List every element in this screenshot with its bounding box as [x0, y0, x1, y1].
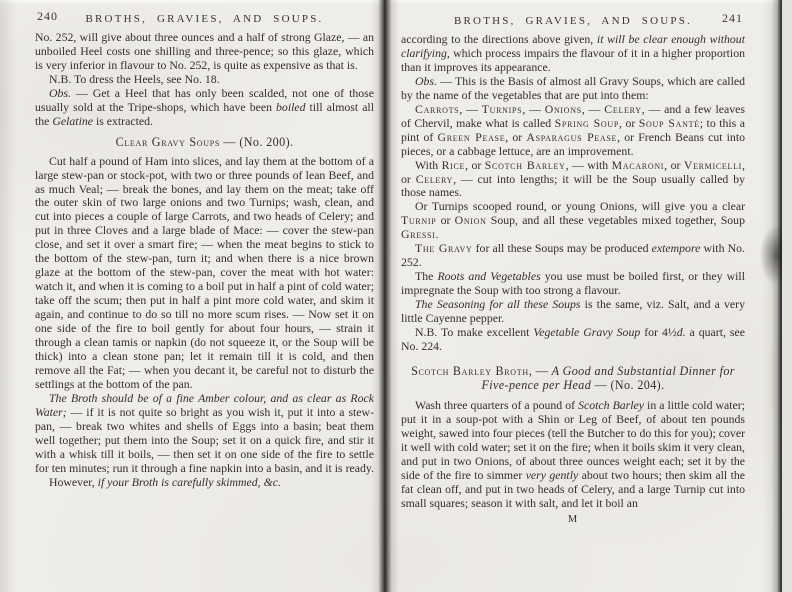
paragraph: The Broth should be of a fine Amber colo…	[35, 392, 374, 476]
text-run: , or	[619, 116, 639, 130]
text-run: — (No. 204).	[591, 378, 664, 392]
text-run: , — with	[566, 158, 612, 172]
small-caps-text: Rice	[442, 158, 466, 172]
small-caps-text: Onion	[455, 213, 487, 227]
scanner-background-strip	[782, 0, 792, 592]
paragraph: Obs. — Get a Heel that has only been sca…	[35, 87, 374, 129]
right-page-number: 241	[722, 11, 743, 26]
text-run: , —	[459, 102, 481, 116]
text-run: which process impairs the flavour of it …	[401, 46, 745, 74]
small-caps-text: Soup Santé	[639, 116, 700, 130]
italic-text: very gently	[526, 468, 579, 482]
italic-text: Gelatine	[52, 114, 93, 128]
signature-mark: M	[401, 513, 745, 527]
text-run: — if it is not quite so bright as you wi…	[35, 405, 374, 475]
left-page-column: No. 252, will give about three ounces an…	[35, 31, 374, 490]
text-run: is extracted.	[93, 114, 153, 128]
small-caps-text: Turnips	[482, 102, 523, 116]
right-running-title: BROTHS, GRAVIES, AND SOUPS.	[454, 15, 692, 27]
small-caps-text: Macaroni	[612, 158, 665, 172]
paragraph: Wash three quarters of a pound of Scotch…	[401, 399, 745, 511]
text-run: , — cut into lengths; it will be the Sou…	[401, 172, 745, 200]
italic-text: Roots and Vegetables	[437, 269, 540, 283]
right-page-column: according to the directions above given,…	[401, 33, 745, 527]
text-run: — (No. 200).	[220, 135, 293, 149]
small-caps-text: Asparagus Pease	[526, 130, 617, 144]
section-heading: Scotch Barley Broth, — A Good and Substa…	[401, 365, 745, 393]
text-run: However,	[49, 475, 98, 489]
text-run: Wash three quarters of a pound of	[415, 398, 578, 412]
text-run: The	[415, 269, 437, 283]
small-caps-text: Scotch Barley	[485, 158, 566, 172]
text-run: .	[436, 227, 439, 241]
small-caps-text: Vermicelli	[684, 158, 742, 172]
italic-text: if your Broth is carefully skimmed, &c.	[98, 475, 281, 489]
paragraph: Or Turnips scooped round, or young Onion…	[401, 200, 745, 242]
text-run: , or	[664, 158, 684, 172]
right-page-text: according to the directions above given,…	[401, 33, 745, 510]
italic-text: Obs.	[49, 86, 71, 100]
paragraph: The Seasoning for all these Soups is the…	[401, 298, 745, 326]
small-caps-text: Onions	[545, 102, 582, 116]
text-run: With	[415, 158, 442, 172]
text-run: Soup, and all these vegetables mixed tog…	[487, 213, 745, 227]
small-caps-text: Celery	[416, 172, 453, 186]
text-run: for all these Soups may be produced	[472, 241, 651, 255]
italic-text: Obs.	[415, 74, 437, 88]
text-run: — This is the Basis of almost all Gravy …	[401, 74, 745, 102]
paragraph: Obs. — This is the Basis of almost all G…	[401, 75, 745, 103]
small-caps-text: Carrots	[415, 102, 459, 116]
text-run: No. 252, will give about three ounces an…	[35, 30, 374, 72]
page-gutter-shadow	[371, 0, 399, 592]
section-heading: Clear Gravy Soups — (No. 200).	[35, 136, 374, 150]
small-caps-text: Spring Soup	[555, 116, 619, 130]
text-run: N.B. To make excellent	[415, 325, 533, 339]
paragraph: Cut half a pound of Ham into slices, and…	[35, 155, 374, 392]
left-page-text: No. 252, will give about three ounces an…	[35, 31, 374, 490]
text-run: , or	[465, 158, 485, 172]
italic-text: The Seasoning for all these Soups	[415, 297, 581, 311]
paragraph: N.B. To dress the Heels, see No. 18.	[35, 73, 374, 87]
paragraph: The Roots and Vegetables you use must be…	[401, 270, 745, 298]
small-caps-text: The Gravy	[415, 241, 472, 255]
paragraph: Carrots, — Turnips, — Onions, — Celery, …	[401, 103, 745, 159]
small-caps-text: Turnip	[401, 213, 436, 227]
paragraph: With Rice, or Scotch Barley, — with Maca…	[401, 159, 745, 201]
small-caps-text: Scotch Barley Broth	[411, 364, 529, 378]
small-caps-text: Green Pease	[437, 130, 505, 144]
text-run: Cut half a pound of Ham into slices, and…	[35, 154, 374, 391]
text-run: according to the directions above given,	[401, 32, 597, 46]
text-run: or	[436, 213, 454, 227]
paragraph: No. 252, will give about three ounces an…	[35, 31, 374, 73]
italic-text: boiled	[276, 100, 306, 114]
text-run: N.B. To dress the Heels, see No. 18.	[49, 72, 220, 86]
page-edge-shadow	[762, 0, 782, 592]
left-running-title: BROTHS, GRAVIES, AND SOUPS.	[85, 13, 323, 25]
paragraph: The Gravy for all these Soups may be pro…	[401, 242, 745, 270]
italic-text: Scotch Barley	[578, 398, 644, 412]
left-page-number: 240	[37, 9, 58, 24]
italic-text: Vegetable Gravy Soup	[533, 325, 640, 339]
text-run: , —	[582, 102, 604, 116]
text-run: , —	[522, 102, 544, 116]
small-caps-text: Clear Gravy Soups	[116, 135, 220, 149]
text-run: , —	[529, 364, 552, 378]
text-run: Or Turnips scooped round, or young Onion…	[415, 199, 745, 213]
right-page-header: BROTHS, GRAVIES, AND SOUPS. 241	[401, 11, 745, 29]
left-page-header: 240 BROTHS, GRAVIES, AND SOUPS.	[35, 9, 374, 27]
paragraph: N.B. To make excellent Vegetable Gravy S…	[401, 326, 745, 354]
scan-left-shading	[0, 0, 16, 592]
small-caps-text: Gressi	[401, 227, 436, 241]
small-caps-text: Celery	[604, 102, 641, 116]
paragraph: However, if your Broth is carefully skim…	[35, 476, 374, 490]
paragraph: according to the directions above given,…	[401, 33, 745, 75]
text-run: , or	[505, 130, 526, 144]
text-run: for 4½	[640, 325, 676, 339]
italic-text: d.	[677, 325, 686, 339]
book-scan: 240 BROTHS, GRAVIES, AND SOUPS. BROTHS, …	[0, 0, 792, 592]
italic-text: extempore	[652, 241, 701, 255]
